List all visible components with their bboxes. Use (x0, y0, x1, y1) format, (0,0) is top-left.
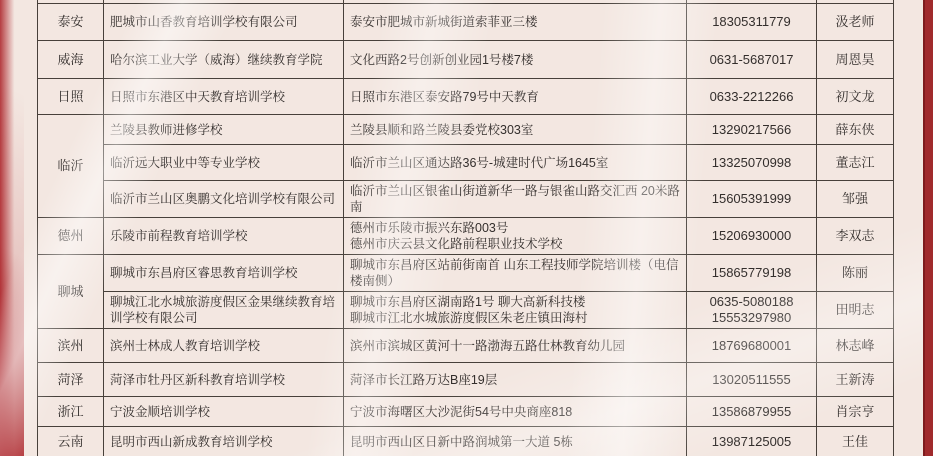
school-cell: 宁波金顺培训学校 (104, 397, 344, 427)
region-cell: 临沂 (38, 115, 104, 218)
address-cell: 菏泽市长江路万达B座19层 (344, 363, 687, 397)
phone-cell: 18769680001 (687, 329, 817, 363)
contact-cell: 王佳 (817, 427, 894, 456)
table-row: 聊城江北水城旅游度假区金果继续教育培训学校有限公司 聊城市东昌府区湖南路1号 聊… (38, 292, 894, 329)
region-cell: 日照 (38, 79, 104, 115)
address-cell: 滨州市滨城区黄河十一路渤海五路仕林教育幼儿园 (344, 329, 687, 363)
school-cell: 滨州士林成人教育培训学校 (104, 329, 344, 363)
phone-cell: 0633-2212266 (687, 79, 817, 115)
address-cell: 文化西路2号创新创业园1号楼7楼 (344, 41, 687, 79)
table-row: 云南 昆明市西山新成教育培训学校 昆明市西山区日新中路润城第一大道 5栋 139… (38, 427, 894, 456)
table-row: 聊城 聊城市东昌府区睿思教育培训学校 聊城市东昌府区站前街南首 山东工程技师学院… (38, 255, 894, 292)
address-cell: 昆明市西山区日新中路润城第一大道 5栋 (344, 427, 687, 456)
table-row: 滨州 滨州士林成人教育培训学校 滨州市滨城区黄河十一路渤海五路仕林教育幼儿园 1… (38, 329, 894, 363)
table-row: 德州 乐陵市前程教育培训学校 德州市乐陵市振兴东路003号 德州市庆云县文化路前… (38, 218, 894, 255)
address-cell: 宁波市海曙区大沙泥街54号中央商座818 (344, 397, 687, 427)
region-cell: 滨州 (38, 329, 104, 363)
phone-cell: 0631-5687017 (687, 41, 817, 79)
region-cell: 聊城 (38, 255, 104, 329)
school-cell: 聊城江北水城旅游度假区金果继续教育培训学校有限公司 (104, 292, 344, 329)
contact-cell: 薛东侠 (817, 115, 894, 145)
region-cell: 德州 (38, 218, 104, 255)
school-cell: 临沂远大职业中等专业学校 (104, 145, 344, 181)
page-background: 泰安 肥城市山香教育培训学校有限公司 泰安市肥城市新城街道索菲亚三楼 18305… (0, 0, 933, 456)
contact-cell: 董志江 (817, 145, 894, 181)
school-cell: 肥城市山香教育培训学校有限公司 (104, 4, 344, 41)
phone-cell: 15206930000 (687, 218, 817, 255)
contact-cell: 邹强 (817, 181, 894, 218)
contact-table: 泰安 肥城市山香教育培训学校有限公司 泰安市肥城市新城街道索菲亚三楼 18305… (37, 0, 894, 456)
table-row: 日照 日照市东港区中天教育培训学校 日照市东港区泰安路79号中天教育 0633-… (38, 79, 894, 115)
phone-cell: 15865779198 (687, 255, 817, 292)
school-cell: 聊城市东昌府区睿思教育培训学校 (104, 255, 344, 292)
table-row: 临沂远大职业中等专业学校 临沂市兰山区通达路36号-城建时代广场1645室 13… (38, 145, 894, 181)
address-cell: 兰陵县顺和路兰陵县委党校303室 (344, 115, 687, 145)
region-cell: 浙江 (38, 397, 104, 427)
contact-cell: 汲老师 (817, 4, 894, 41)
contact-cell: 林志峰 (817, 329, 894, 363)
contact-cell: 李双志 (817, 218, 894, 255)
phone-cell: 13987125005 (687, 427, 817, 456)
school-cell: 兰陵县教师进修学校 (104, 115, 344, 145)
phone-cell: 13586879955 (687, 397, 817, 427)
table-row: 浙江 宁波金顺培训学校 宁波市海曙区大沙泥街54号中央商座818 1358687… (38, 397, 894, 427)
region-cell: 泰安 (38, 4, 104, 41)
address-cell: 德州市乐陵市振兴东路003号 德州市庆云县文化路前程职业技术学校 (344, 218, 687, 255)
school-cell: 昆明市西山新成教育培训学校 (104, 427, 344, 456)
region-cell: 威海 (38, 41, 104, 79)
contact-cell: 田明志 (817, 292, 894, 329)
phone-cell: 18305311779 (687, 4, 817, 41)
region-cell: 菏泽 (38, 363, 104, 397)
school-cell: 临沂市兰山区奥鹏文化培训学校有限公司 (104, 181, 344, 218)
contact-cell: 陈丽 (817, 255, 894, 292)
region-cell: 云南 (38, 427, 104, 456)
address-cell: 聊城市东昌府区站前街南首 山东工程技师学院培训楼（电信楼南侧） (344, 255, 687, 292)
address-cell: 日照市东港区泰安路79号中天教育 (344, 79, 687, 115)
school-cell: 日照市东港区中天教育培训学校 (104, 79, 344, 115)
address-cell: 聊城市东昌府区湖南路1号 聊大高新科技楼 聊城市江北水城旅游度假区朱老庄镇田海村 (344, 292, 687, 329)
school-cell: 乐陵市前程教育培训学校 (104, 218, 344, 255)
table-row: 威海 哈尔滨工业大学（威海）继续教育学院 文化西路2号创新创业园1号楼7楼 06… (38, 41, 894, 79)
table-row: 菏泽 菏泽市牡丹区新科教育培训学校 菏泽市长江路万达B座19层 13020511… (38, 363, 894, 397)
address-cell: 临沂市兰山区通达路36号-城建时代广场1645室 (344, 145, 687, 181)
contact-cell: 王新涛 (817, 363, 894, 397)
phone-cell: 13325070998 (687, 145, 817, 181)
right-red-strip (923, 0, 933, 456)
address-cell: 临沂市兰山区银雀山街道新华一路与银雀山路交汇西 20米路南 (344, 181, 687, 218)
school-cell: 哈尔滨工业大学（威海）继续教育学院 (104, 41, 344, 79)
phone-cell: 13020511555 (687, 363, 817, 397)
table-row: 泰安 肥城市山香教育培训学校有限公司 泰安市肥城市新城街道索菲亚三楼 18305… (38, 4, 894, 41)
contact-cell: 肖宗亨 (817, 397, 894, 427)
school-cell: 菏泽市牡丹区新科教育培训学校 (104, 363, 344, 397)
contact-cell: 周恩昊 (817, 41, 894, 79)
table-row: 临沂 兰陵县教师进修学校 兰陵县顺和路兰陵县委党校303室 1329021756… (38, 115, 894, 145)
phone-cell: 0635-5080188 15553297980 (687, 292, 817, 329)
phone-cell: 15605391999 (687, 181, 817, 218)
table-row: 临沂市兰山区奥鹏文化培训学校有限公司 临沂市兰山区银雀山街道新华一路与银雀山路交… (38, 181, 894, 218)
address-cell: 泰安市肥城市新城街道索菲亚三楼 (344, 4, 687, 41)
contact-cell: 初文龙 (817, 79, 894, 115)
left-red-gradient-band (0, 0, 24, 456)
phone-cell: 13290217566 (687, 115, 817, 145)
